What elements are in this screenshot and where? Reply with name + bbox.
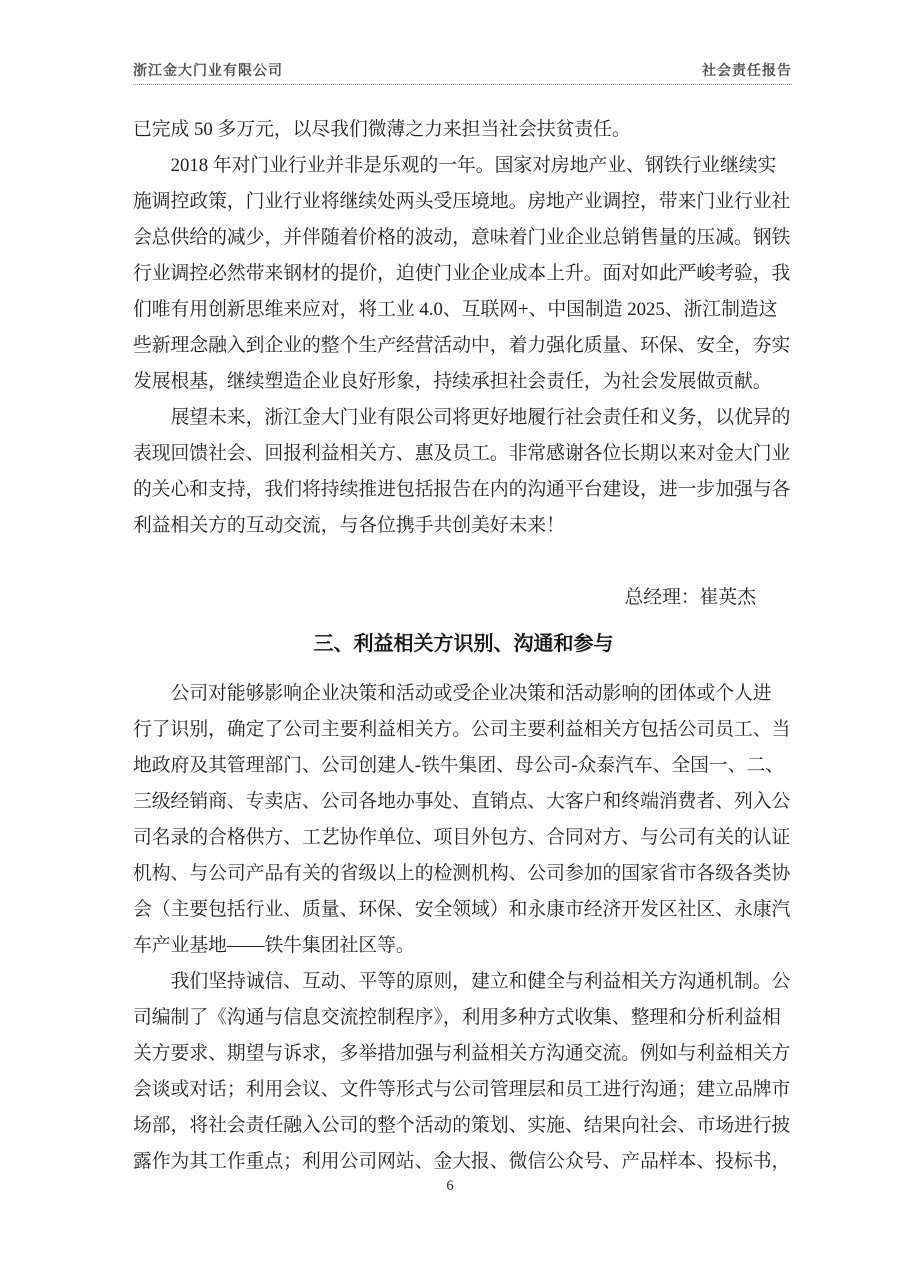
text-line: 表现回馈社会、回报利益相关方、惠及员工。非常感谢各位长期以来对金大门业	[133, 436, 794, 472]
text-line: 司编制了《沟通与信息交流控制程序》，利用多种方式收集、整理和分析利益相	[133, 1000, 794, 1036]
text-line: 地政府及其管理部门、公司创建人-铁牛集团、母公司-众泰汽车、全国一、二、	[133, 748, 794, 784]
text-line: 发展根基，继续塑造企业良好形象，持续承担社会责任，为社会发展做贡献。	[133, 364, 794, 400]
text-line: 行业调控必然带来钢材的提价，迫使门业企业成本上升。面对如此严峻考验，我	[133, 256, 794, 292]
text-line: 车产业基地——铁牛集团社区等。	[133, 928, 794, 964]
text-line: 施调控政策，门业行业将继续处两头受压境地。房地产业调控，带来门业行业社	[133, 184, 794, 220]
page-header: 浙江金大门业有限公司 社会责任报告	[133, 60, 792, 85]
text-line: 会谈或对话；利用会议、文件等形式与公司管理层和员工进行沟通；建立品牌市	[133, 1072, 794, 1108]
section-heading: 三、利益相关方识别、沟通和参与	[133, 626, 794, 662]
text-line: 司名录的合格供方、工艺协作单位、项目外包方、合同对方、与公司有关的认证	[133, 820, 794, 856]
general-manager-signature: 总经理：崔英杰	[133, 580, 794, 616]
document-body: 已完成 50 多万元，以尽我们微薄之力来担当社会扶贫责任。 2018 年对门业行…	[133, 112, 794, 1180]
page-number: 6	[446, 1178, 453, 1194]
text-line: 2018 年对门业行业并非是乐观的一年。国家对房地产业、钢铁行业继续实	[133, 148, 794, 184]
paragraph-stakeholder-identification: 公司对能够影响企业决策和活动或受企业决策和活动影响的团体或个人进 行了识别，确定…	[133, 676, 794, 964]
text-line: 的关心和支持，我们将持续推进包括报告在内的沟通平台建设，进一步加强与各	[133, 472, 794, 508]
paragraph-communication-mechanism: 我们坚持诚信、互动、平等的原则，建立和健全与利益相关方沟通机制。公 司编制了《沟…	[133, 964, 794, 1180]
text-line: 场部，将社会责任融入公司的整个活动的策划、实施、结果向社会、市场进行披	[133, 1108, 794, 1144]
text-line: 关方要求、期望与诉求，多举措加强与利益相关方沟通交流。例如与利益相关方	[133, 1036, 794, 1072]
text-line: 展望未来，浙江金大门业有限公司将更好地履行社会责任和义务，以优异的	[133, 400, 794, 436]
header-report-title: 社会责任报告	[702, 60, 792, 80]
text-line: 会总供给的减少，并伴随着价格的波动，意味着门业企业总销售量的压减。钢铁	[133, 220, 794, 256]
header-divider	[133, 84, 792, 85]
paragraph-future-outlook: 展望未来，浙江金大门业有限公司将更好地履行社会责任和义务，以优异的 表现回馈社会…	[133, 400, 794, 544]
text-line: 会（主要包括行业、质量、环保、安全领域）和永康市经济开发区社区、永康汽	[133, 892, 794, 928]
paragraph-industry-outlook: 2018 年对门业行业并非是乐观的一年。国家对房地产业、钢铁行业继续实 施调控政…	[133, 148, 794, 400]
text-line: 机构、与公司产品有关的省级以上的检测机构、公司参加的国家省市各级各类协	[133, 856, 794, 892]
paragraph-carryover: 已完成 50 多万元，以尽我们微薄之力来担当社会扶贫责任。	[133, 112, 794, 148]
text-line: 公司对能够影响企业决策和活动或受企业决策和活动影响的团体或个人进	[133, 676, 794, 712]
text-line: 利益相关方的互动交流，与各位携手共创美好未来！	[133, 508, 794, 544]
text-line: 三级经销商、专卖店、公司各地办事处、直销点、大客户和终端消费者、列入公	[133, 784, 794, 820]
text-line: 我们坚持诚信、互动、平等的原则，建立和健全与利益相关方沟通机制。公	[133, 964, 794, 1000]
report-page: 浙江金大门业有限公司 社会责任报告 已完成 50 多万元，以尽我们微薄之力来担当…	[0, 0, 900, 1272]
text-line: 露作为其工作重点；利用公司网站、金大报、微信公众号、产品样本、投标书，	[133, 1144, 794, 1180]
header-company-name: 浙江金大门业有限公司	[133, 60, 283, 80]
page-footer: 6	[0, 1178, 900, 1195]
text-line: 行了识别，确定了公司主要利益相关方。公司主要利益相关方包括公司员工、当	[133, 712, 794, 748]
text-line: 们唯有用创新思维来应对，将工业 4.0、互联网+、中国制造 2025、浙江制造这	[133, 292, 794, 328]
text-line: 些新理念融入到企业的整个生产经营活动中，着力强化质量、环保、安全，夯实	[133, 328, 794, 364]
text-line: 已完成 50 多万元，以尽我们微薄之力来担当社会扶贫责任。	[133, 112, 794, 148]
